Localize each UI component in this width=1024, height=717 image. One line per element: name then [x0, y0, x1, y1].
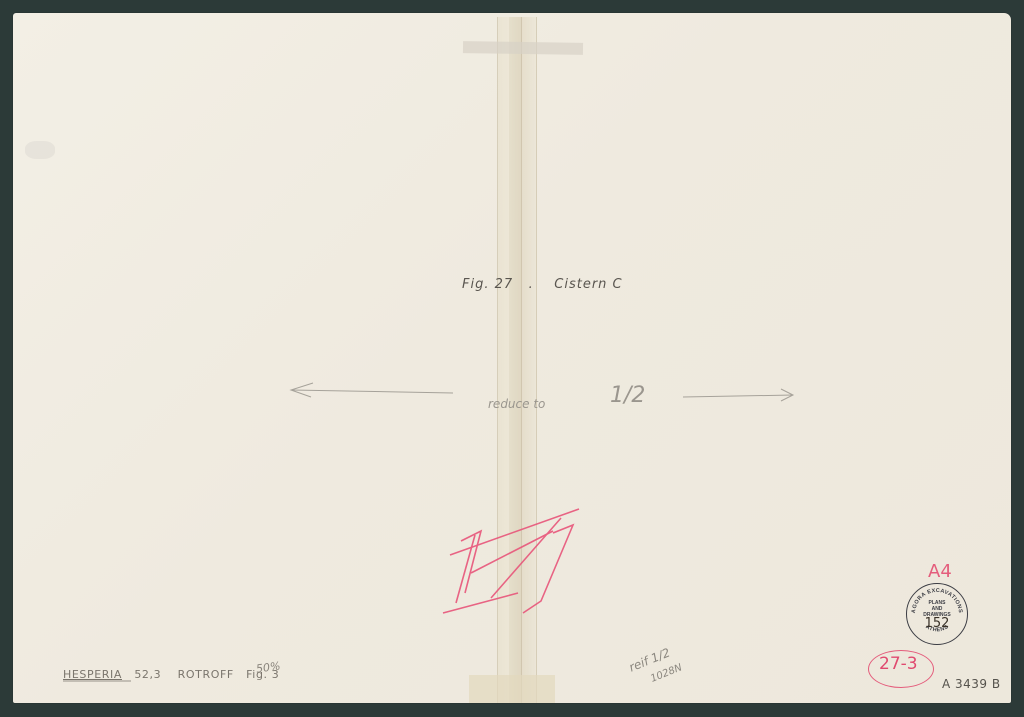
red-pencil-scribble — [443, 509, 579, 613]
red-corner-mark: A4 — [928, 561, 952, 582]
journal-volume: 52,3 — [134, 668, 161, 681]
author-name: ROTROFF — [178, 668, 234, 681]
agora-excavations-stamp: AGORA EXCAVATIONS ATHENS PLANS AND DRAWI… — [906, 583, 968, 645]
publication-reference: HESPERIA 52,3 ROTROFF Fig. 3 — [63, 668, 279, 681]
accession-number: A 3439 B — [942, 677, 1001, 691]
circled-number: 27-3 — [879, 654, 918, 674]
stamp-number: 152 — [907, 616, 967, 631]
left-arrow-icon — [291, 383, 453, 397]
paper-sheet: Fig. 27 . Cistern C reduce to 1/2 — [13, 13, 1011, 703]
right-arrow-icon — [683, 389, 793, 401]
journal-name: HESPERIA — [63, 668, 122, 681]
pencil-marks — [13, 13, 1011, 703]
